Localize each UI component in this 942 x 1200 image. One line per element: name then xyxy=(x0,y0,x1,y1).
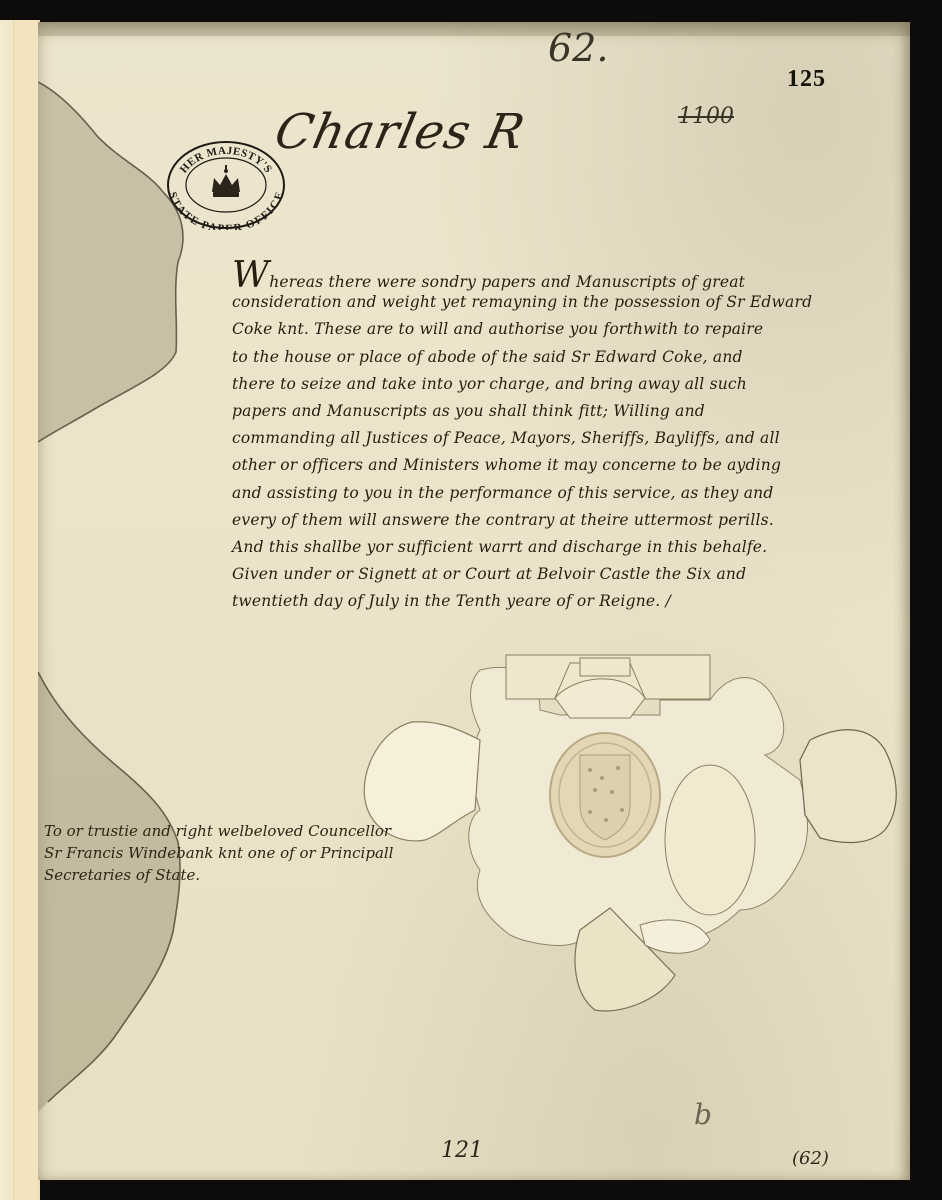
state-paper-office-stamp: HER MAJESTY'S STATE PAPER OFFICE xyxy=(166,140,286,230)
body-line: twentieth day of July in the Tenth yeare… xyxy=(232,588,932,615)
body-line: to the house or place of abode of the sa… xyxy=(232,344,932,371)
body-line: and assisting to you in the performance … xyxy=(232,480,932,507)
body-line: every of them will answere the contrary … xyxy=(232,507,932,534)
printed-folio-number: 125 xyxy=(787,66,826,93)
body-line: papers and Manuscripts as you shall thin… xyxy=(232,398,932,425)
warrant-body: Whereas there were sondry papers and Man… xyxy=(232,262,932,615)
struck-folio-number: 1100 xyxy=(678,104,734,129)
body-line: consideration and weight yet remayning i… xyxy=(232,289,932,316)
body-line: Given under or Signett at or Court at Be… xyxy=(232,561,932,588)
address-line: Secretaries of State. xyxy=(44,864,504,886)
body-line: And this shallbe yor sufficient warrt an… xyxy=(232,534,932,561)
body-line: commanding all Justices of Peace, Mayors… xyxy=(232,425,932,452)
body-line: Whereas there were sondry papers and Man… xyxy=(232,262,932,289)
bottom-folio-number: 121 xyxy=(441,1138,483,1163)
bottom-bracket-number: (62) xyxy=(792,1148,829,1169)
crown-icon xyxy=(212,165,240,197)
bottom-pencil-mark: b xyxy=(694,1098,712,1131)
body-line: Coke knt. These are to will and authoris… xyxy=(232,316,932,343)
binding-strip xyxy=(13,20,38,1200)
address-block: To or trustie and right welbeloved Counc… xyxy=(44,820,504,886)
address-line: To or trustie and right welbeloved Counc… xyxy=(44,820,504,842)
royal-signature: Charles R xyxy=(270,104,530,160)
royal-arms-seal-icon xyxy=(550,733,660,857)
body-line: there to seize and take into yor charge,… xyxy=(232,371,932,398)
address-line: Sr Francis Windebank knt one of or Princ… xyxy=(44,842,504,864)
body-line: other or officers and Ministers whome it… xyxy=(232,452,932,479)
pencil-folio-number: 62. xyxy=(548,26,608,70)
